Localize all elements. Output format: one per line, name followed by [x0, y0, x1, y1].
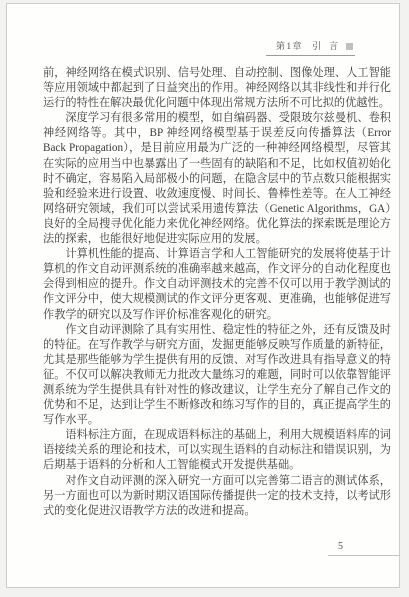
- page-header: 第1章 引言: [266, 41, 355, 56]
- paragraph: 计算机性能的提高、计算语言学和人工智能研究的发展将使基于计算机的作文自动评测系统…: [43, 247, 391, 322]
- paragraph: 深度学习有很多常用的模型，如自编码器、受限玻尔兹曼机、卷积神经网络等。其中，BP…: [43, 111, 391, 247]
- body-text: 前，神经网络在模式识别、信号处理、自动控制、图像处理、人工智能等应用领域中都起到…: [43, 66, 391, 519]
- paragraph: 前，神经网络在模式识别、信号处理、自动控制、图像处理、人工智能等应用领域中都起到…: [43, 66, 391, 111]
- chapter-label: 第1章: [276, 41, 303, 51]
- page-number: 5: [328, 541, 400, 556]
- header-square-icon: [346, 43, 353, 50]
- page-header-title: 引言: [312, 41, 346, 51]
- document-page: 第1章 引言 前，神经网络在模式识别、信号处理、自动控制、图像处理、人工智能等应…: [6, 3, 400, 588]
- paragraph: 对作文自动评测的深入研究一方面可以完善第二语言的测试体系，另一方面也可以为新时期…: [43, 474, 391, 519]
- paragraph: 作文自动评测除了具有实用性、稳定性的特征之外，还有反馈及时的特征。在写作教学与研…: [43, 323, 391, 429]
- paragraph: 语料标注方面，在现成语料标注的基础上，利用大规模语料库的词语接续关系的理论和技术…: [43, 428, 391, 473]
- scanned-document-view: 第1章 引言 前，神经网络在模式识别、信号处理、自动控制、图像处理、人工智能等应…: [0, 0, 409, 597]
